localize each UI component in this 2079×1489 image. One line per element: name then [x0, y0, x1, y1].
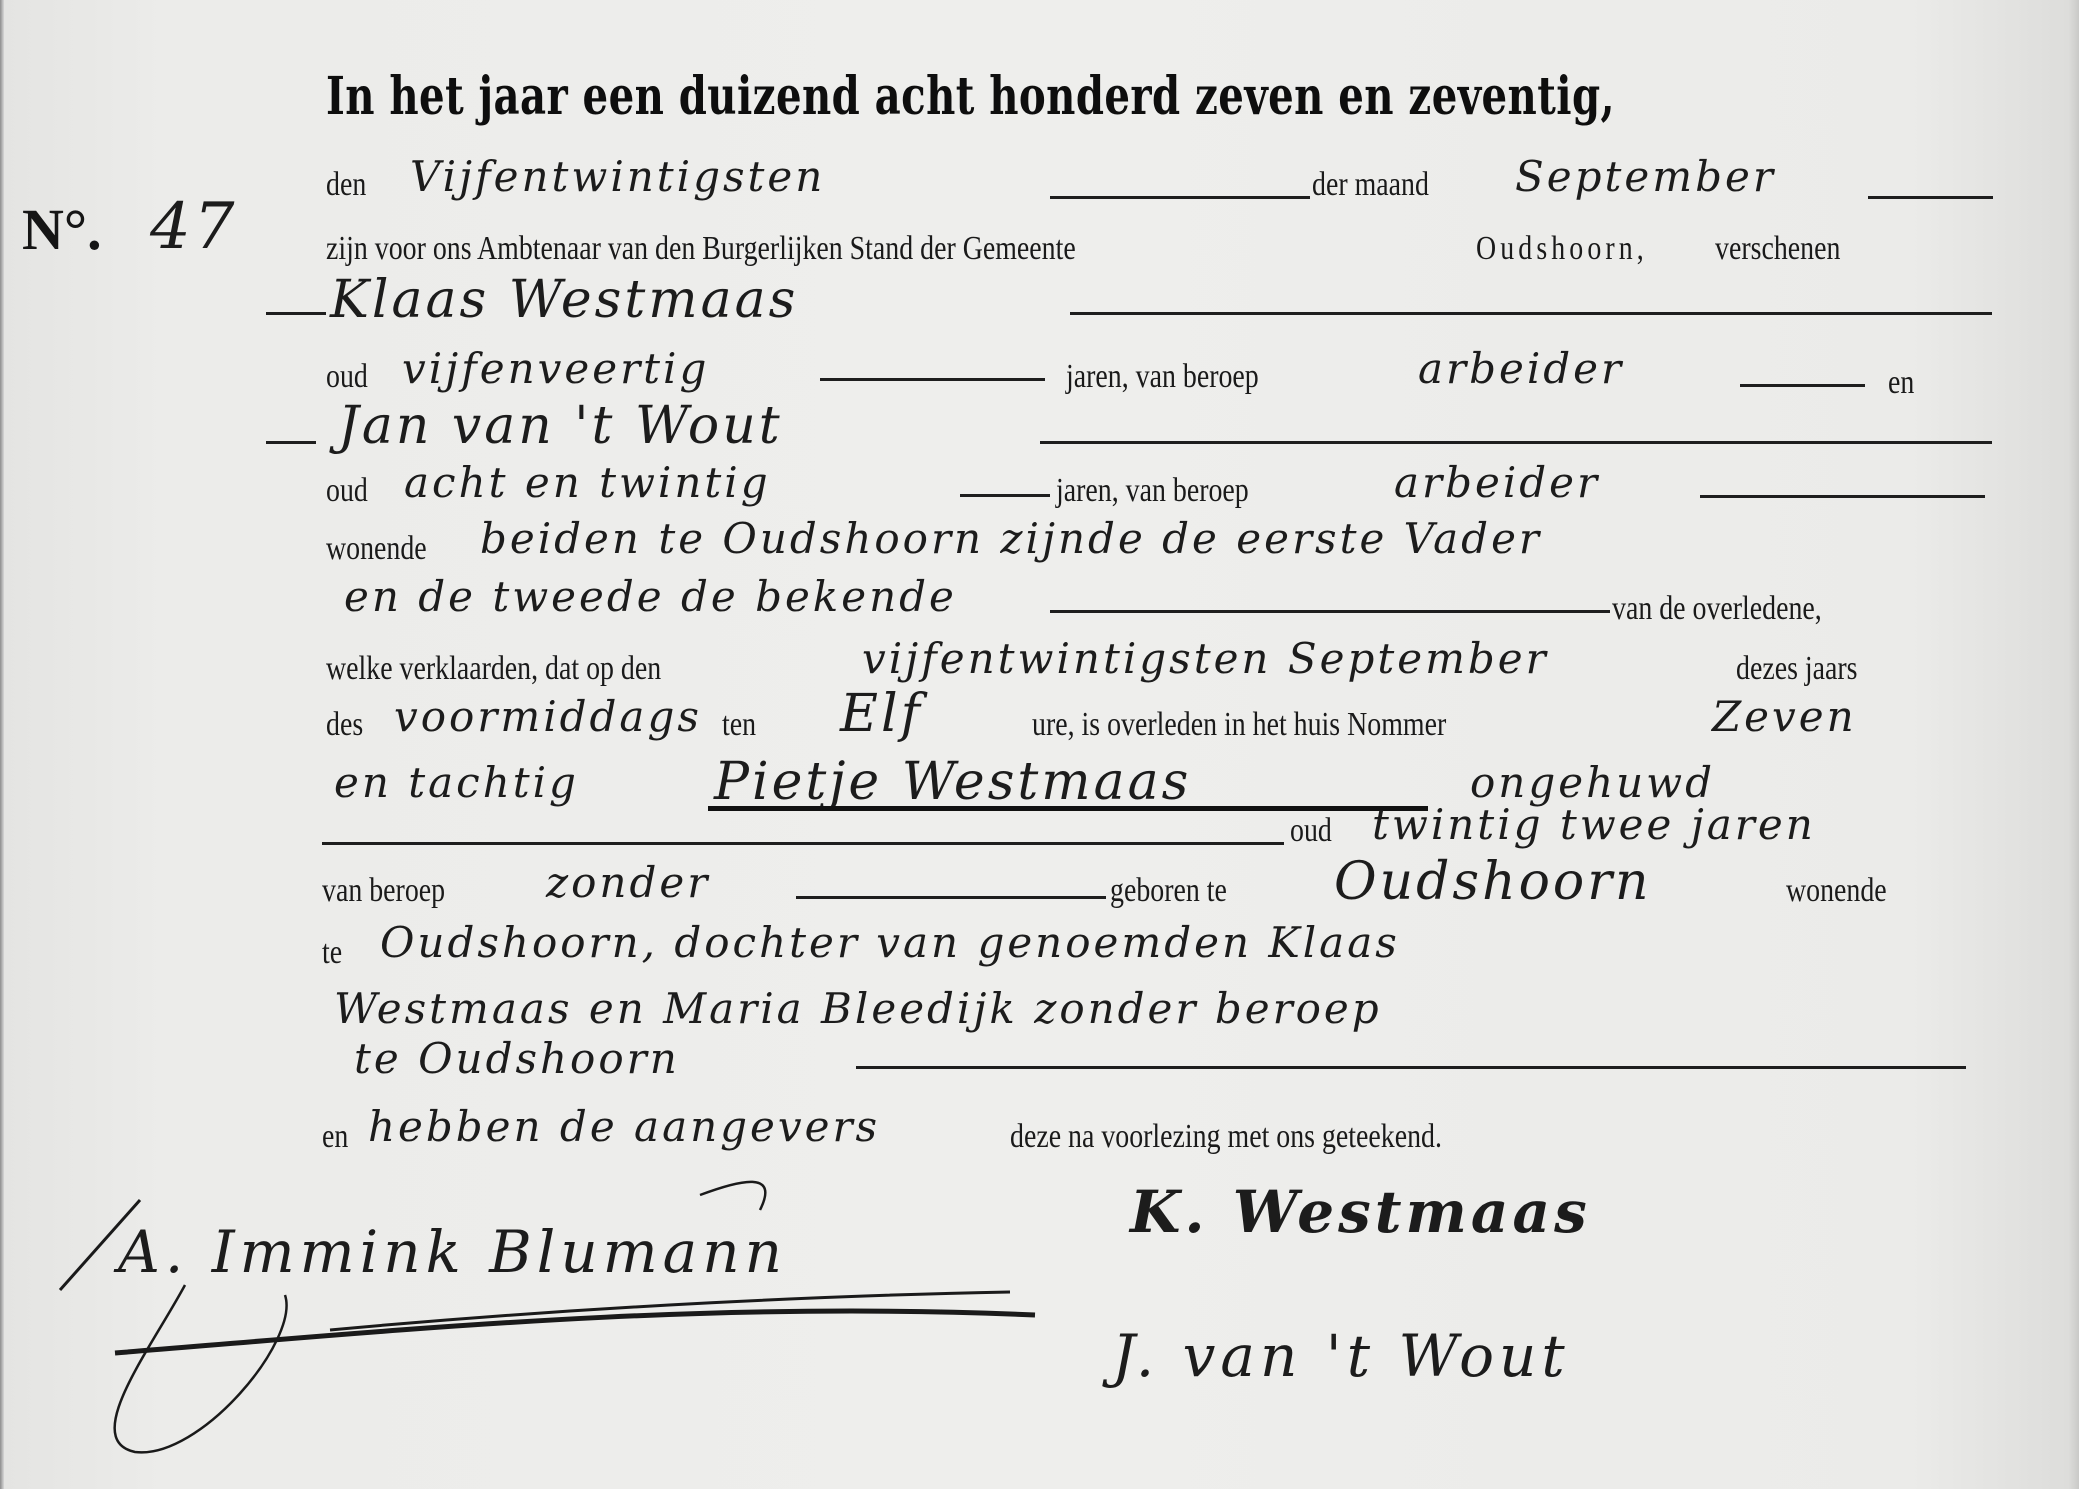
- scanned-document-page: N°. 47 In het jaar een duizend acht hond…: [0, 0, 2079, 1489]
- signature-declarant-1: K. Westmaas: [1130, 1178, 1591, 1246]
- signature-declarant-2: J. van 't Wout: [1112, 1322, 1570, 1390]
- signature-flourish-icon: [0, 0, 2079, 1489]
